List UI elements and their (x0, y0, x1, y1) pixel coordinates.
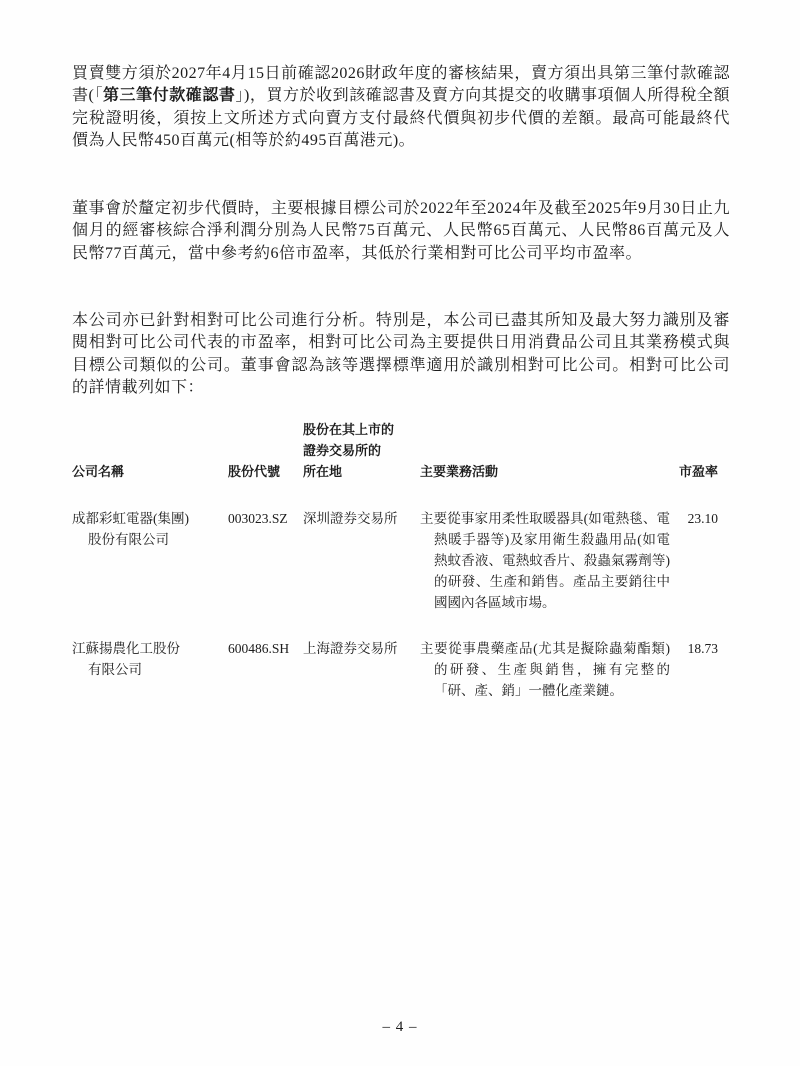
table-header-row: 公司名稱 股份代號 股份在其上市的 證券交易所的 所在地 主要業務活動 市盈率 (72, 419, 718, 482)
table-row: 江蘇揚農化工股份有限公司600486.SH上海證券交易所主要從事農藥產品(尤其是… (72, 638, 718, 701)
business-cell: 主要從事農藥產品(尤其是擬除蟲菊酯類)的研發、生產與銷售，擁有完整的「研、產、銷… (420, 638, 670, 701)
header-exchange-line-2: 證券交易所的 (303, 440, 420, 461)
exchange-cell: 上海證券交易所 (303, 638, 420, 659)
header-exchange-line-1: 股份在其上市的 (303, 419, 420, 440)
header-principal-business: 主要業務活動 (420, 461, 670, 482)
header-company-name: 公司名稱 (72, 461, 228, 482)
company-name-line: 有限公司 (72, 659, 228, 680)
company-name-line: 成都彩虹電器(集團) (72, 508, 228, 529)
company-name-cell: 江蘇揚農化工股份有限公司 (72, 638, 228, 680)
header-stock-code: 股份代號 (228, 461, 303, 482)
exchange-cell: 深圳證券交易所 (303, 508, 420, 529)
page-number: – 4 – (0, 1019, 800, 1036)
company-name-line: 江蘇揚農化工股份 (72, 638, 228, 659)
pe-ratio-cell: 18.73 (670, 638, 718, 659)
business-cell: 主要從事家用柔性取暖器具(如電熱毯、電熱暖手器等)及家用衛生殺蟲用品(如電熱蚊香… (420, 508, 670, 613)
stock-code-cell: 600486.SH (228, 638, 303, 659)
paragraph-text: 董事會於釐定初步代價時，主要根據目標公司於2022年至2024年及截至2025年… (72, 200, 730, 262)
company-name-cell: 成都彩虹電器(集團)股份有限公司 (72, 508, 228, 550)
paragraph-comparable-analysis: 本公司亦已針對相對可比公司進行分析。特別是，本公司已盡其所知及最大努力識別及審閱… (72, 310, 730, 400)
stock-code-cell: 003023.SZ (228, 508, 303, 529)
bold-defined-term: 第三筆付款確認書 (103, 87, 235, 104)
paragraph-preliminary-consideration: 董事會於釐定初步代價時，主要根據目標公司於2022年至2024年及截至2025年… (72, 198, 730, 265)
pe-ratio-cell: 23.10 (670, 508, 718, 529)
comparable-companies-table: 公司名稱 股份代號 股份在其上市的 證券交易所的 所在地 主要業務活動 市盈率 … (72, 419, 718, 701)
company-name-line: 股份有限公司 (72, 529, 228, 550)
table-body: 成都彩虹電器(集團)股份有限公司003023.SZ深圳證券交易所主要從事家用柔性… (72, 508, 718, 701)
header-pe-ratio: 市盈率 (670, 461, 718, 482)
table-row: 成都彩虹電器(集團)股份有限公司003023.SZ深圳證券交易所主要從事家用柔性… (72, 508, 718, 613)
header-exchange-location: 股份在其上市的 證券交易所的 所在地 (303, 419, 420, 482)
header-exchange-line-3: 所在地 (303, 461, 420, 482)
paragraph-final-consideration: 買賣雙方須於2027年4月15日前確認2026財政年度的審核結果，賣方須出具第三… (72, 63, 730, 153)
paragraph-text: 本公司亦已針對相對可比公司進行分析。特別是，本公司已盡其所知及最大努力識別及審閱… (72, 312, 730, 396)
document-page: 買賣雙方須於2027年4月15日前確認2026財政年度的審核結果，賣方須出具第三… (0, 0, 800, 1066)
